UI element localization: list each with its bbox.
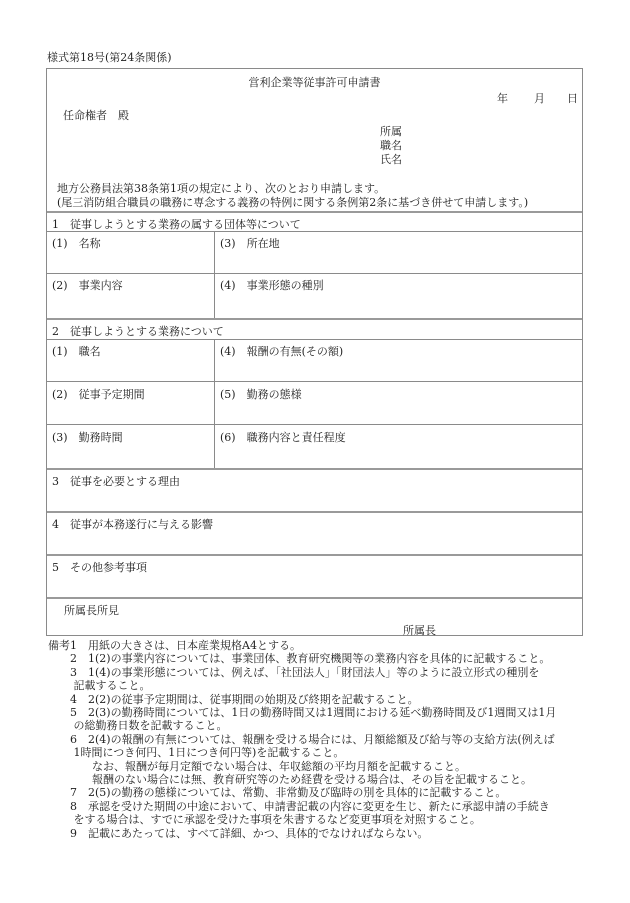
field-working-hours[interactable]: (3) 勤務時間 <box>52 429 123 445</box>
application-form: 営利企業等従事許可申請書 年 月 日 任命権者 殿 所属 職名 氏名 地方公務員… <box>46 68 583 636</box>
remark-line: 8 承認を受けた期間の中途において、申請書記載の内容に変更を生じ、新たに承認申請… <box>48 800 593 813</box>
divider <box>47 381 582 382</box>
field-duties-responsibility[interactable]: (6) 職務内容と責任程度 <box>220 429 346 445</box>
supervisor-signature[interactable]: 所属長 <box>403 622 436 638</box>
date-year[interactable]: 年 <box>497 90 508 106</box>
remark-line: の総勤務日数を記載すること。 <box>48 719 593 732</box>
divider <box>47 511 582 513</box>
field-business-type[interactable]: (4) 事業形態の種別 <box>220 277 324 293</box>
section-2-title: 2 従事しようとする業務について <box>52 323 224 339</box>
column-divider <box>214 231 215 318</box>
remark-line: 7 2(5)の勤務の態様については、常勤、非常勤及び臨時の別を具体的に記載するこ… <box>48 786 593 799</box>
form-title: 営利企業等従事許可申請書 <box>47 74 582 90</box>
section-3-reason[interactable]: 3 従事を必要とする理由 <box>52 473 180 489</box>
remark-line: 記載すること。 <box>48 679 593 692</box>
remark-line: 4 2(2)の従事予定期間は、従事期間の始期及び終期を記載すること。 <box>48 693 593 706</box>
remark-line: 9 記載にあたっては、すべて詳細、かつ、具体的でなければならない。 <box>48 827 593 840</box>
addressee: 任命権者 殿 <box>63 107 129 123</box>
divider <box>47 273 582 274</box>
applicant-name-field[interactable]: 氏名 <box>380 151 402 167</box>
date-day[interactable]: 日 <box>567 90 578 106</box>
field-job-title[interactable]: (1) 職名 <box>52 343 101 359</box>
remarks: 備考1 用紙の大きさは、日本産業規格A4とする。 2 1(2)の事業内容について… <box>48 639 593 840</box>
divider <box>47 468 582 470</box>
field-org-address[interactable]: (3) 所在地 <box>220 235 280 251</box>
remark-line: 5 2(3)の勤務時間については、1日の勤務時間又は1週間における延べ勤務時間及… <box>48 706 593 719</box>
remark-line: 2 1(2)の事業内容については、事業団体、教育研究機関等の業務内容を具体的に記… <box>48 652 593 665</box>
divider <box>47 211 582 213</box>
divider <box>47 339 582 340</box>
field-business-content[interactable]: (2) 事業内容 <box>52 277 123 293</box>
divider <box>47 231 582 232</box>
column-divider <box>214 339 215 468</box>
field-org-name[interactable]: (1) 名称 <box>52 235 101 251</box>
field-planned-period[interactable]: (2) 従事予定期間 <box>52 386 145 402</box>
field-work-mode[interactable]: (5) 勤務の態様 <box>220 386 302 402</box>
remark-line: 1時間につき何円、1日につき何円等)を記載すること。 <box>48 746 593 759</box>
divider <box>47 318 582 320</box>
form-number: 様式第18号(第24条関係) <box>47 49 172 65</box>
remark-line: なお、報酬が毎月定額でない場合は、年収総額の平均月額を記載すること。 <box>48 760 593 773</box>
divider <box>47 597 582 599</box>
section-4-impact[interactable]: 4 従事が本務遂行に与える影響 <box>52 516 213 532</box>
divider <box>47 554 582 556</box>
remark-line: 6 2(4)の報酬の有無については、報酬を受ける場合には、月額総額及び給与等の支… <box>48 733 593 746</box>
remark-line: をする場合は、すでに承認を受けた事項を朱書するなど変更事項を対照すること。 <box>48 813 593 826</box>
remark-line: 備考1 用紙の大きさは、日本産業規格A4とする。 <box>48 639 593 652</box>
remark-line: 3 1(4)の事業形態については、例えば、「社団法人」「財団法人」等のように設立… <box>48 666 593 679</box>
divider <box>47 424 582 425</box>
section-1-title: 1 従事しようとする業務の属する団体等について <box>52 216 301 232</box>
field-compensation[interactable]: (4) 報酬の有無(その額) <box>220 343 343 359</box>
supervisor-opinion[interactable]: 所属長所見 <box>64 602 119 618</box>
remark-line: 報酬のない場合には無、教育研究等のため経費を受ける場合は、その旨を記載すること。 <box>48 773 593 786</box>
date-month[interactable]: 月 <box>534 90 545 106</box>
section-5-other[interactable]: 5 その他参考事項 <box>52 559 147 575</box>
statement-line-2: (尾三消防組合職員の職務に専念する義務の特例に関する条例第2条に基づき併せて申請… <box>57 194 528 210</box>
